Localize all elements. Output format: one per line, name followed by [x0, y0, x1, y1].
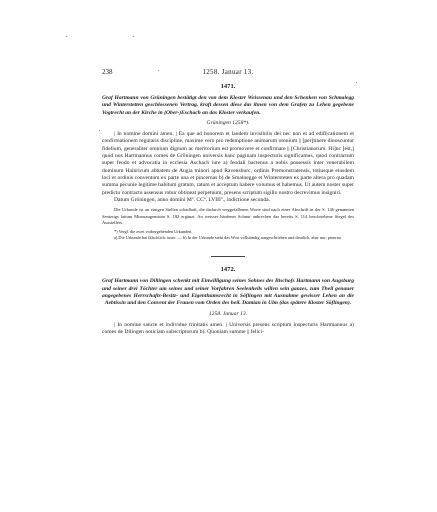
document-regest: Graf Hartmann von Grüningen bestätigt de…: [102, 95, 354, 117]
document-body: | In nomine domini amen. | Ea que ad hon…: [102, 131, 354, 204]
body-text: | In nomine domini amen. | Ea que ad hon…: [102, 131, 354, 197]
editorial-note: Die Urkunde ist an einigen Stellen schad…: [102, 207, 354, 227]
footnote: a) Die Urkunde hat fälschlich: iusre. — …: [102, 235, 354, 241]
scan-speck: [66, 36, 67, 37]
document-page: 238 1258. Januar 13. 1471. Graf Hartmann…: [102, 68, 354, 336]
document-body: | In nomine sancte et individue trinitat…: [102, 322, 354, 337]
scan-speck: [99, 130, 100, 131]
scan-speck: [158, 70, 159, 71]
scan-speck: [356, 82, 357, 83]
body-text: | In nomine sancte et individue trinitat…: [102, 322, 354, 337]
section-divider: [211, 256, 245, 257]
datum-line: Datum Grǒningen, anno domini Mº. CCº. LV…: [102, 197, 354, 204]
document-place-date: Grüningen 1258*).: [102, 120, 354, 128]
document-number: 1472.: [102, 266, 354, 275]
document-number: 1471.: [102, 83, 354, 92]
scan-speck: [133, 36, 134, 37]
document-place-date: 1258. Januar 13.: [102, 311, 354, 319]
running-head: 238 1258. Januar 13.: [102, 68, 354, 78]
footnotes: *) Vergl. die zwei vorhergehenden Urkund…: [102, 229, 354, 241]
note-text: Die Urkunde ist an einigen Stellen schad…: [102, 207, 354, 227]
document-regest: Graf Hartmann von Dillingen schenkt mit …: [102, 278, 354, 307]
running-head-date: 1258. Januar 13.: [102, 68, 354, 76]
